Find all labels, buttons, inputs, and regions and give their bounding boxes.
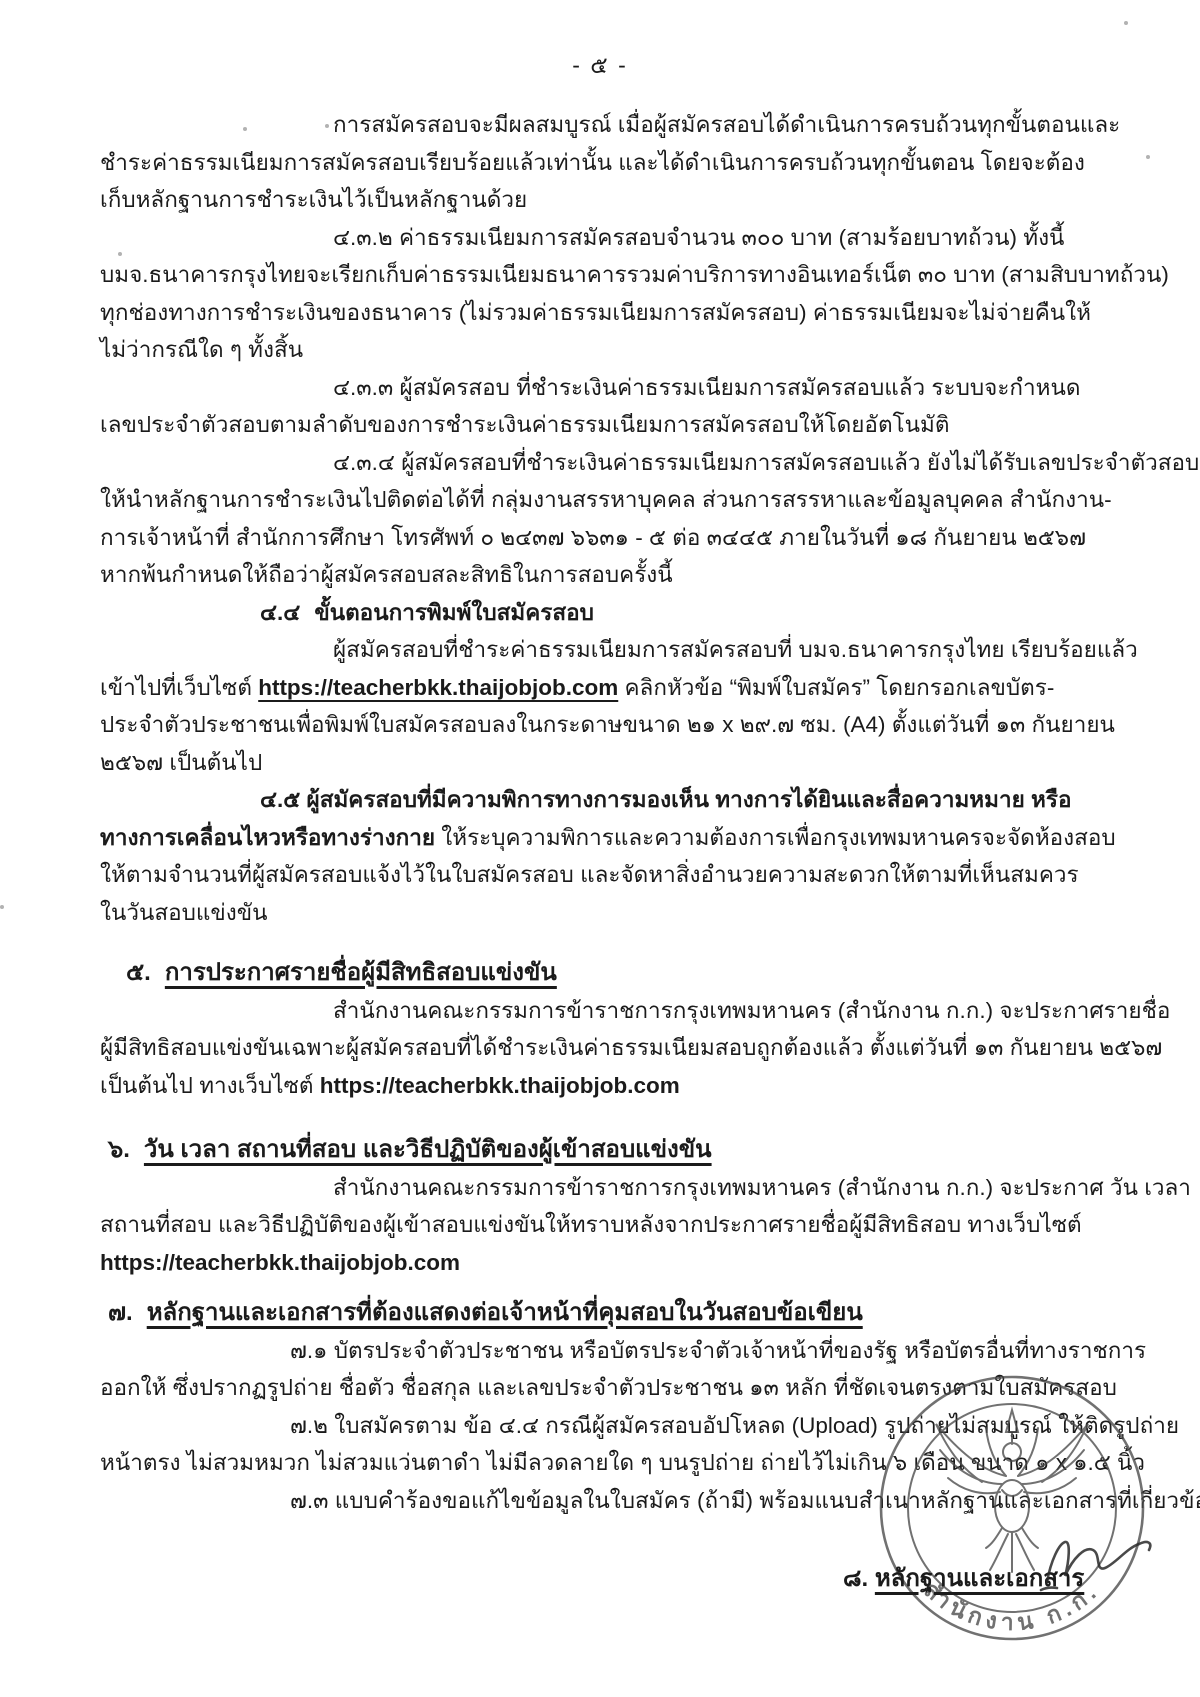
section-gap <box>100 1104 1012 1131</box>
doc-line-4-3-2: ๔.๓.๒ ค่าธรรมเนียมการสมัครสอบจำนวน ๓๐๐ บ… <box>100 219 1012 257</box>
doc-line: ผู้สมัครสอบที่ชำระค่าธรรมเนียมการสมัครสอ… <box>100 631 1012 669</box>
doc-line: ไม่ว่ากรณีใด ๆ ทั้งสิ้น <box>100 331 1012 369</box>
doc-line-4-5: ๔.๕ ผู้สมัครสอบที่มีความพิการทางการมองเห… <box>100 781 1012 819</box>
document-page: - ๕ - การสมัครสอบจะมีผลสมบูรณ์ เมื่อผู้ส… <box>0 0 1200 1697</box>
scan-speck <box>112 345 116 349</box>
doc-line: ในวันสอบแข่งขัน <box>100 894 1012 932</box>
section-5-heading: ๕.การประกาศรายชื่อผู้มีสิทธิสอบแข่งขัน <box>100 954 1012 992</box>
section-gap <box>100 1281 1012 1294</box>
doc-line: ทุกช่องทางการชำระเงินของธนาคาร (ไม่รวมค่… <box>100 294 1012 332</box>
doc-line: การสมัครสอบจะมีผลสมบูรณ์ เมื่อผู้สมัครสอ… <box>100 106 1012 144</box>
doc-line: ชำระค่าธรรมเนียมการสมัครสอบเรียบร้อยแล้ว… <box>100 144 1012 182</box>
doc-line: เข้าไปที่เว็บไซต์ https://teacherbkk.tha… <box>100 669 1012 707</box>
doc-line: ๒๕๖๗ เป็นต้นไป <box>100 744 1012 782</box>
doc-line: ประจำตัวประชาชนเพื่อพิมพ์ใบสมัครสอบลงในก… <box>100 706 1012 744</box>
doc-line: เก็บหลักฐานการชำระเงินไว้เป็นหลักฐานด้วย <box>100 181 1012 219</box>
doc-line: การเจ้าหน้าที่ สำนักการศึกษา โทรศัพท์ ๐ … <box>100 519 1012 557</box>
document-body: การสมัครสอบจะมีผลสมบูรณ์ เมื่อผู้สมัครสอ… <box>100 106 1012 1519</box>
scan-speck <box>118 252 122 256</box>
scan-speck <box>243 127 247 131</box>
doc-line: หากพ้นกำหนดให้ถือว่าผู้สมัครสอบสละสิทธิใ… <box>100 556 1012 594</box>
section-7-heading: ๗.หลักฐานและเอกสารที่ต้องแสดงต่อเจ้าหน้า… <box>100 1294 1012 1332</box>
website-url: https://teacherbkk.thaijobjob.com <box>258 675 618 700</box>
doc-line-4-3-4: ๔.๓.๔ ผู้สมัครสอบที่ชำระเงินค่าธรรมเนียม… <box>100 444 1012 482</box>
scan-speck <box>1146 155 1150 159</box>
section-gap <box>100 931 1012 954</box>
subsection-4-4-heading: ๔.๔ขั้นตอนการพิมพ์ใบสมัครสอบ <box>100 594 1012 632</box>
page-number: - ๕ - <box>0 48 1200 84</box>
doc-line-4-3-3: ๔.๓.๓ ผู้สมัครสอบ ที่ชำระเงินค่าธรรมเนีย… <box>100 369 1012 407</box>
doc-line: ให้นำหลักฐานการชำระเงินไปติดต่อได้ที่ กล… <box>100 481 1012 519</box>
signature-mark <box>1035 1520 1195 1610</box>
scan-speck <box>0 905 4 909</box>
doc-line: สำนักงานคณะกรรมการข้าราชการกรุงเทพมหานคร… <box>100 1169 1012 1207</box>
scan-speck <box>1124 21 1128 25</box>
doc-line: บมจ.ธนาคารกรุงไทยจะเรียกเก็บค่าธรรมเนียม… <box>100 256 1012 294</box>
doc-line: https://teacherbkk.thaijobjob.com <box>100 1244 1012 1282</box>
doc-line: เลขประจำตัวสอบตามลำดับของการชำระเงินค่าธ… <box>100 406 1012 444</box>
doc-line: สำนักงานคณะกรรมการข้าราชการกรุงเทพมหานคร… <box>100 992 1012 1030</box>
scan-speck <box>325 124 329 128</box>
doc-line: เป็นต้นไป ทางเว็บไซต์ https://teacherbkk… <box>100 1067 1012 1105</box>
website-url: https://teacherbkk.thaijobjob.com <box>320 1073 680 1098</box>
doc-line: ทางการเคลื่อนไหวหรือทางร่างกาย ให้ระบุคว… <box>100 819 1012 857</box>
website-url: https://teacherbkk.thaijobjob.com <box>100 1250 460 1275</box>
official-seal: สำนักงาน ก.ก. <box>862 1358 1162 1658</box>
doc-line: ให้ตามจำนวนที่ผู้สมัครสอบแจ้งไว้ในใบสมัค… <box>100 856 1012 894</box>
section-6-heading: ๖.วัน เวลา สถานที่สอบ และวิธีปฏิบัติของผ… <box>100 1131 1012 1169</box>
doc-line: สถานที่สอบ และวิธีปฏิบัติของผู้เข้าสอบแข… <box>100 1206 1012 1244</box>
doc-line: ผู้มีสิทธิสอบแข่งขันเฉพาะผู้สมัครสอบที่ไ… <box>100 1029 1012 1067</box>
